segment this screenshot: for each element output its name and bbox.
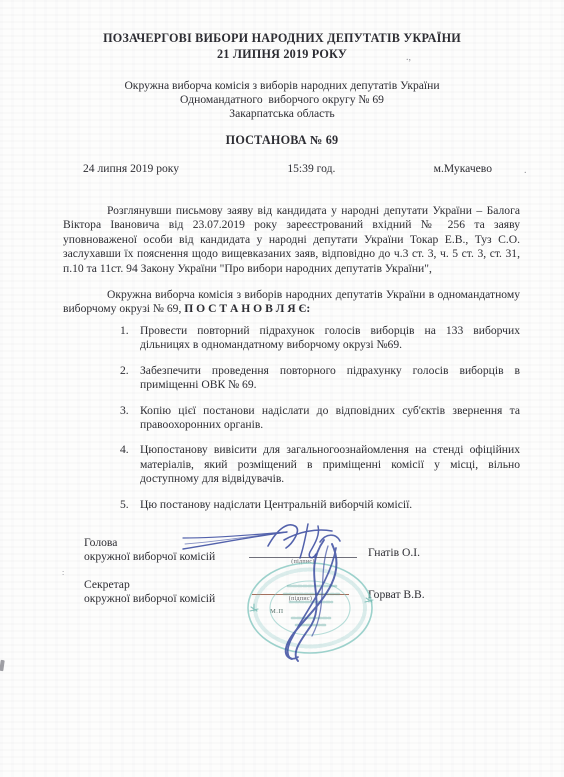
head-signature-caption: (підпис) [249,559,357,565]
item-number: 2. [120,364,140,393]
head-signature-line [249,557,357,558]
preamble-paragraph: Розглянувши письмову заяву від кандидата… [63,204,520,276]
dateline-place: м.Мукачево [434,162,520,175]
election-header-line1: ПОЗАЧЕРГОВІ ВИБОРИ НАРОДНИХ ДЕПУТАТІВ УК… [0,31,564,46]
head-name: Гнатів О.І. [368,546,420,559]
resolution-item-5: 5. Цю постанову надіслати Центральній ви… [120,498,520,512]
resolution-item-4: 4. Цюпостанову вивісити для загальногооз… [120,443,520,486]
resolving-clause: Окружна виборча комісія з виборів народн… [63,288,520,317]
item-number: 4. [120,443,140,486]
secretary-role-line2: окружної виборчої комісій [84,592,215,606]
secretary-role-line1: Секретар [84,578,130,592]
resolving-clause-keyword: П О С Т А Н О В Л Я Є: [184,302,310,315]
dateline-date: 24 липня 2019 року [63,162,179,175]
item-text: Забезпечити проведення повторного підрах… [140,364,520,393]
resolution-item-3: 3. Копію цієї постанови надіслати до від… [120,404,520,433]
dateline-time: 15:39 год. [179,162,434,175]
item-number: 5. [120,498,140,512]
resolution-item-1: 1. Провести повторний підрахунок голосів… [120,324,520,353]
item-text: Цю постанову надіслати Центральній вибор… [140,498,520,512]
secretary-name: Горват В.В. [368,588,425,601]
scan-artifact-mark: ., [406,52,411,63]
item-text: Цюпостанову вивісити для загальногоознай… [140,443,520,486]
scanned-resolution-document: ПОЗАЧЕРГОВІ ВИБОРИ НАРОДНИХ ДЕПУТАТІВ УК… [0,0,564,777]
commission-line1: Окружна виборча комісія з виборів народн… [0,79,564,93]
seal-place-label: М.П [270,608,284,615]
item-number: 3. [120,404,140,433]
scan-edge-smudge [0,660,5,671]
document-title: ПОСТАНОВА № 69 [0,133,564,148]
item-text: Копію цієї постанови надіслати до відпов… [140,404,520,433]
election-header-line2: 21 ЛИПНЯ 2019 РОКУ [0,47,564,62]
resolution-items-list: 1. Провести повторний підрахунок голосів… [120,324,520,523]
resolution-item-2: 2. Забезпечити проведення повторного під… [120,364,520,393]
scan-artifact-dot: . [524,165,527,176]
dateline: 24 липня 2019 року 15:39 год. м.Мукачево [63,162,520,175]
head-role-line2: окружної виборчої комісій [84,550,215,564]
item-text: Провести повторний підрахунок голосів ви… [140,324,520,353]
item-number: 1. [120,324,140,353]
official-stamp [248,563,373,653]
secretary-signature-line [252,594,349,595]
scan-speck: : [62,568,64,577]
commission-line3: Закарпатська область [0,107,564,121]
head-role-line1: Голова [84,536,117,550]
commission-line2: Одномандатного виборчого округу № 69 [0,93,564,107]
secretary-signature-caption: (підпис) [252,596,349,602]
